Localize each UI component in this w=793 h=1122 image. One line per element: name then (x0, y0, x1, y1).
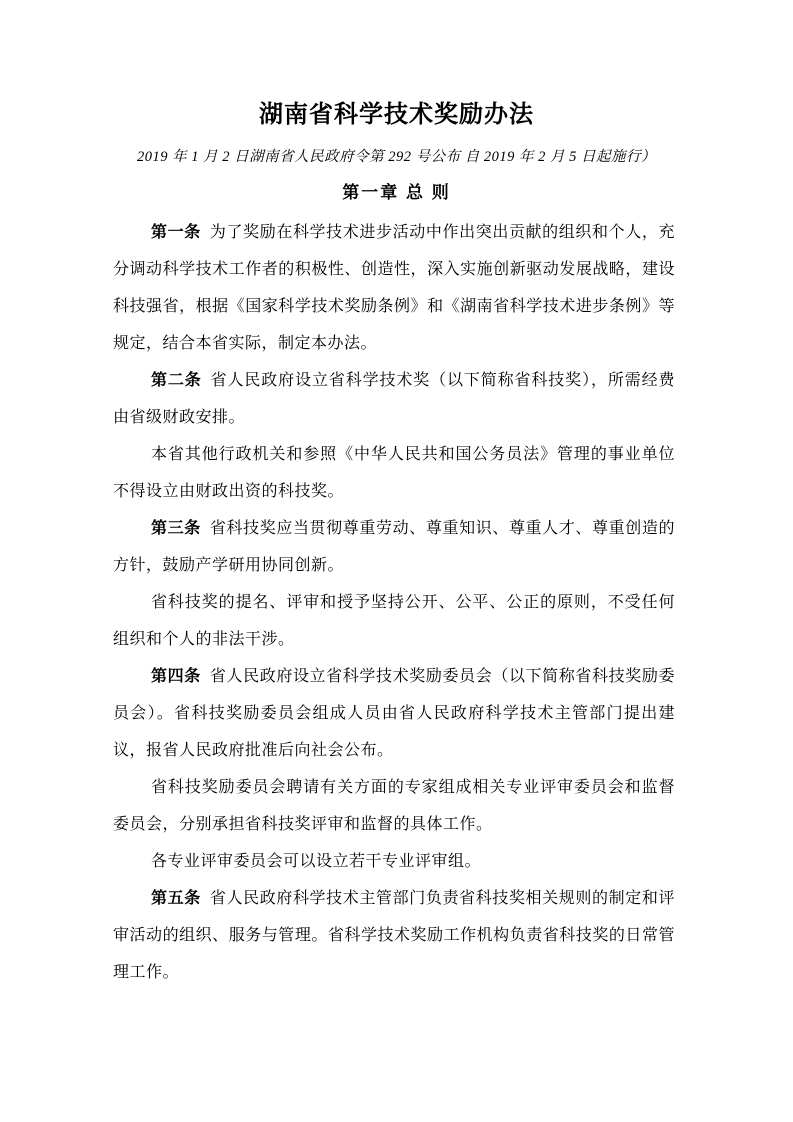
article-paragraph-2-cont: 本省其他行政机关和参照《中华人民共和国公务员法》管理的事业单位不得设立由财政出资… (113, 436, 675, 510)
document-body: 第一条为了奖励在科学技术进步活动中作出突出贡献的组织和个人，充分调动科学技术工作… (113, 214, 675, 991)
article-text: 各专业评审委员会可以设立若干专业评审组。 (151, 853, 481, 870)
article-text: 省科技奖的提名、评审和授予坚持公开、公平、公正的原则，不受任何组织和个人的非法干… (113, 594, 675, 648)
article-text: 省科技奖励委员会聘请有关方面的专家组成相关专业评审委员会和监督委员会，分别承担省… (113, 779, 675, 833)
article-text: 本省其他行政机关和参照《中华人民共和国公务员法》管理的事业单位不得设立由财政出资… (113, 446, 675, 500)
article-text: 为了奖励在科学技术进步活动中作出突出贡献的组织和个人，充分调动科学技术工作者的积… (113, 224, 675, 352)
chapter-heading: 第一章 总 则 (0, 180, 793, 206)
article-paragraph-4: 第四条省人民政府设立省科学技术奖励委员会（以下简称省科技奖励委员会）。省科技奖励… (113, 658, 675, 769)
document-subtitle: 2019 年 1 月 2 日湖南省人民政府令第 292 号公布 自 2019 年… (0, 146, 793, 168)
article-number: 第五条 (151, 890, 201, 907)
article-paragraph-3: 第三条省科技奖应当贯彻尊重劳动、尊重知识、尊重人才、尊重创造的方针，鼓励产学研用… (113, 510, 675, 584)
article-paragraph-1: 第一条为了奖励在科学技术进步活动中作出突出贡献的组织和个人，充分调动科学技术工作… (113, 214, 675, 362)
article-paragraph-2: 第二条省人民政府设立省科学技术奖（以下简称省科技奖），所需经费由省级财政安排。 (113, 362, 675, 436)
article-number: 第二条 (151, 372, 202, 389)
article-number: 第四条 (151, 668, 201, 685)
article-number: 第一条 (151, 224, 201, 241)
article-paragraph-5: 第五条省人民政府科学技术主管部门负责省科技奖相关规则的制定和评审活动的组织、服务… (113, 880, 675, 991)
article-paragraph-4-cont2: 各专业评审委员会可以设立若干专业评审组。 (113, 843, 675, 880)
document-page: 湖南省科学技术奖励办法 2019 年 1 月 2 日湖南省人民政府令第 292 … (0, 0, 793, 1122)
article-paragraph-4-cont1: 省科技奖励委员会聘请有关方面的专家组成相关专业评审委员会和监督委员会，分别承担省… (113, 769, 675, 843)
article-number: 第三条 (151, 520, 201, 537)
document-title: 湖南省科学技术奖励办法 (0, 0, 793, 130)
article-paragraph-3-cont: 省科技奖的提名、评审和授予坚持公开、公平、公正的原则，不受任何组织和个人的非法干… (113, 584, 675, 658)
